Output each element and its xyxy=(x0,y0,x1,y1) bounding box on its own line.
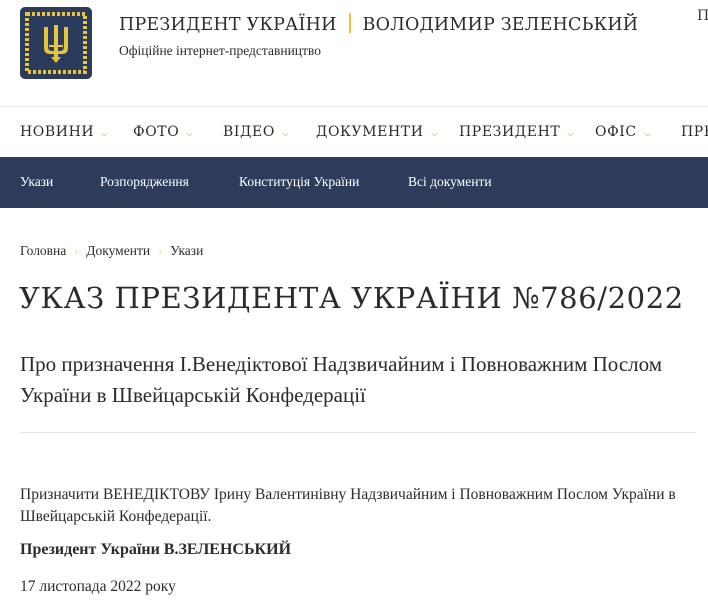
subnav-item-all-documents[interactable]: Всі документи xyxy=(408,174,492,190)
title-separator xyxy=(349,13,351,33)
site-header: ПРЕЗИДЕНТ УКРАЇНИВОЛОДИМИР ЗЕЛЕНСЬКИЙ Оф… xyxy=(0,0,708,106)
page-title: УКАЗ ПРЕЗИДЕНТА УКРАЇНИ №786/2022 xyxy=(19,281,684,315)
divider xyxy=(20,432,696,433)
chevron-down-icon: ⌄ xyxy=(98,126,112,139)
subnav-item-orders[interactable]: Розпорядження xyxy=(100,174,189,190)
breadcrumb: Головна›Документи›Укази xyxy=(20,243,203,259)
chevron-down-icon: ⌄ xyxy=(564,126,578,139)
nav-item-documents[interactable]: ДОКУМЕНТИ⌄ xyxy=(316,124,439,140)
nav-item-office[interactable]: ОФІС⌄ xyxy=(595,124,653,140)
chevron-right-icon: › xyxy=(158,244,162,258)
nav-item-president[interactable]: ПРЕЗИДЕНТ⌄ xyxy=(459,124,576,140)
breadcrumb-decrees[interactable]: Укази xyxy=(170,243,203,258)
subnav-item-decrees[interactable]: Укази xyxy=(20,174,53,190)
site-title-president: ПРЕЗИДЕНТ УКРАЇНИ xyxy=(119,15,337,35)
nav-label: ДОКУМЕНТИ xyxy=(316,124,424,140)
breadcrumb-home[interactable]: Головна xyxy=(20,243,66,258)
main-navigation: НОВИНИ⌄ ФОТО⌄ ВІДЕО⌄ ДОКУМЕНТИ⌄ ПРЕЗИДЕН… xyxy=(0,106,708,158)
chevron-down-icon: ⌄ xyxy=(428,126,442,139)
site-title[interactable]: ПРЕЗИДЕНТ УКРАЇНИВОЛОДИМИР ЗЕЛЕНСЬКИЙ xyxy=(119,13,638,35)
nav-label: ВІДЕО xyxy=(223,124,275,140)
nav-item-press[interactable]: ПРЕ xyxy=(681,124,708,140)
decree-date: 17 листопада 2022 року xyxy=(20,578,176,596)
trident-emblem-icon xyxy=(20,7,92,79)
decree-body: Призначити ВЕНЕДІКТОВУ Ірину Валентинівн… xyxy=(20,484,700,528)
nav-label: НОВИНИ xyxy=(20,124,94,140)
chevron-down-icon: ⌄ xyxy=(279,126,293,139)
nav-label: ПРЕ xyxy=(681,124,708,140)
site-title-name: ВОЛОДИМИР ЗЕЛЕНСЬКИЙ xyxy=(363,15,639,35)
nav-item-news[interactable]: НОВИНИ⌄ xyxy=(20,124,110,140)
documents-subnav: Укази Розпорядження Конституція України … xyxy=(0,157,708,208)
chevron-right-icon: › xyxy=(74,244,78,258)
page-subtitle: Про призначення І.Венедіктової Надзвичай… xyxy=(20,349,708,411)
chevron-down-icon: ⌄ xyxy=(641,126,655,139)
chevron-down-icon: ⌄ xyxy=(183,126,197,139)
breadcrumb-documents[interactable]: Документи xyxy=(86,243,150,258)
nav-label: ОФІС xyxy=(595,124,637,140)
decree-signature: Президент України В.ЗЕЛЕНСЬКИЙ xyxy=(20,541,291,559)
site-subtitle: Офіційне інтернет-представництво xyxy=(119,43,321,59)
subnav-item-constitution[interactable]: Конституція України xyxy=(239,174,359,190)
language-switch[interactable]: П xyxy=(697,8,708,24)
nav-label: ФОТО xyxy=(133,124,179,140)
site-logo[interactable] xyxy=(20,7,92,79)
nav-label: ПРЕЗИДЕНТ xyxy=(459,124,560,140)
nav-item-photo[interactable]: ФОТО⌄ xyxy=(133,124,195,140)
nav-item-video[interactable]: ВІДЕО⌄ xyxy=(223,124,291,140)
